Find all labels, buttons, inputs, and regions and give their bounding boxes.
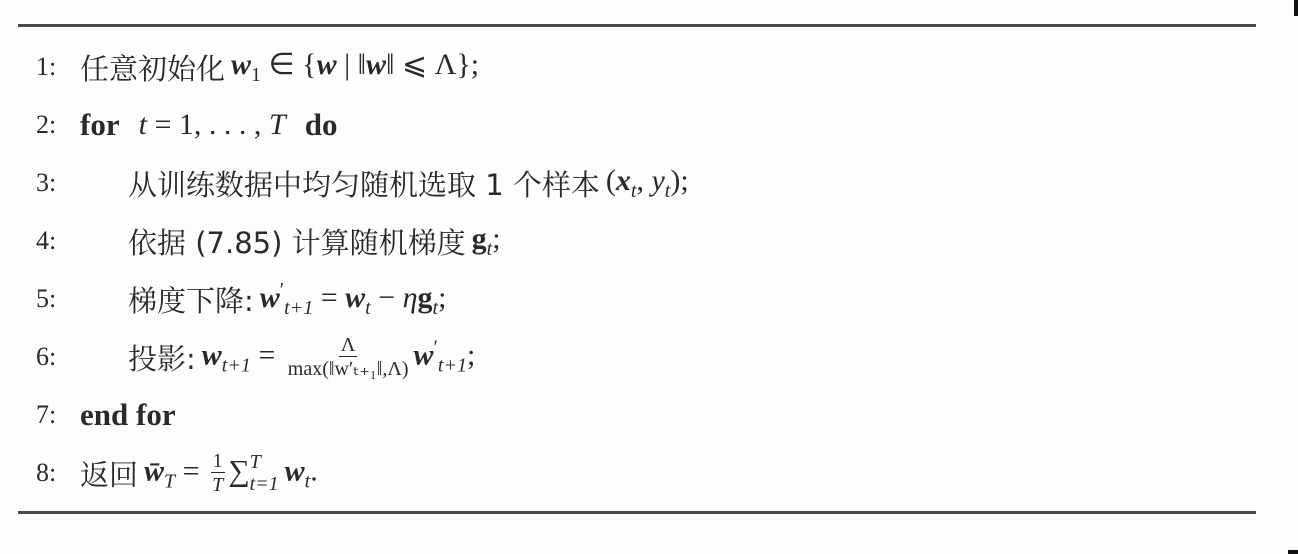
line-number: 6: [36, 342, 80, 372]
fraction: Λmax(‖w′ₜ₊₁‖,Λ) [286, 334, 411, 381]
algorithm-line-2: 2: for t = 1, . . . , T do [36, 96, 1236, 154]
line-number: 4: [36, 226, 80, 256]
line-text: 从训练数据中均匀随机选取 1 个样本 [128, 163, 600, 204]
line-math: t = 1, . . . , T [139, 108, 286, 142]
bottom-rule [18, 511, 1256, 514]
line-number: 7: [36, 400, 80, 430]
scan-edge-mark [1294, 0, 1298, 16]
algorithm-line-5: 5: 梯度下降: w′t+1 = wt − ηgt; [36, 270, 1236, 328]
fraction: 1T [210, 450, 225, 497]
line-text: 投影: [128, 337, 196, 378]
algorithm-body: 1: 任意初始化 w1 ∈ {w | ‖w‖ ⩽ Λ}; 2: for t = … [36, 38, 1236, 502]
keyword-do: do [305, 107, 338, 143]
line-math: gt; [472, 222, 501, 261]
scan-edge-mark [1288, 550, 1298, 554]
line-text: 依据 (7.85) 计算随机梯度 [128, 221, 466, 262]
algorithm-line-4: 4: 依据 (7.85) 计算随机梯度 gt; [36, 212, 1236, 270]
line-math: wt+1 = Λmax(‖w′ₜ₊₁‖,Λ)w′t+1; [202, 334, 476, 381]
line-math: (xt, yt); [606, 164, 689, 203]
line-math: w̄T = 1T∑Tt=1wt. [144, 450, 318, 497]
algorithm-line-7: 7: end for [36, 386, 1236, 444]
top-rule [18, 24, 1256, 27]
algorithm-line-6: 6: 投影: wt+1 = Λmax(‖w′ₜ₊₁‖,Λ)w′t+1; [36, 328, 1236, 386]
line-math: w1 ∈ {w | ‖w‖ ⩽ Λ}; [231, 47, 479, 87]
line-text: 返回 [80, 453, 138, 494]
line-number: 8: [36, 458, 80, 488]
line-number: 5: [36, 284, 80, 314]
keyword-for: for [80, 107, 120, 143]
line-text: 任意初始化 [80, 47, 225, 88]
keyword-end-for: end for [80, 397, 176, 433]
line-number: 2: [36, 110, 80, 140]
algorithm-line-3: 3: 从训练数据中均匀随机选取 1 个样本 (xt, yt); [36, 154, 1236, 212]
line-text: 梯度下降: [128, 279, 254, 320]
line-math: w′t+1 = wt − ηgt; [260, 279, 447, 320]
algorithm-line-8: 8: 返回 w̄T = 1T∑Tt=1wt. [36, 444, 1236, 502]
line-number: 3: [36, 168, 80, 198]
line-number: 1: [36, 52, 80, 82]
algorithm-line-1: 1: 任意初始化 w1 ∈ {w | ‖w‖ ⩽ Λ}; [36, 38, 1236, 96]
